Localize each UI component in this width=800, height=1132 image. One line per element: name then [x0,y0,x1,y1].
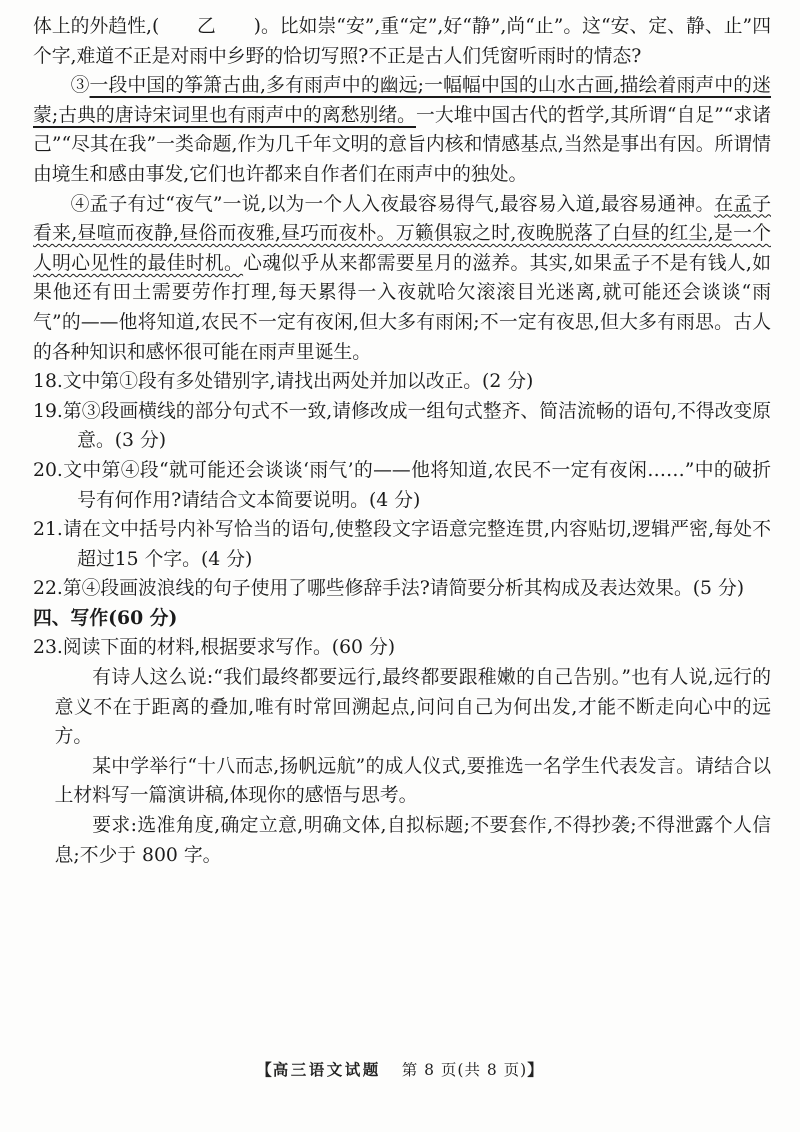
writing-material-quote: 有诗人这么说:“我们最终都要远行,最终都要跟稚嫩的自己告别。”也有人说,远行的意… [55,663,771,752]
question-23-number: 23. [33,637,63,658]
paragraph-3-marker: ③ [71,75,90,96]
page-footer: 【高三语文试题第 8 页(共 8 页)】 [0,1058,800,1080]
question-21-number: 21. [33,519,63,540]
question-19-number: 19. [33,401,63,422]
question-22-number: 22. [33,578,63,599]
question-23-stem: 阅读下面的材料,根据要求写作。(60 分) [63,637,395,658]
footer-close-bracket: 】 [527,1060,544,1079]
question-18: 18.文中第①段有多处错别字,请找出两处并加以改正。(2 分) [33,367,771,397]
writing-material-scenario: 某中学举行“十八而志,扬帆远航”的成人仪式,要推选一名学生代表发言。请结合以上材… [55,752,771,811]
question-19: 19.第③段画横线的部分句式不一致,请修改成一组句式整齐、简洁流畅的语句,不得改… [33,397,771,456]
writing-material-requirements: 要求:选准角度,确定立意,明确文体,自拟标题;不要套作,不得抄袭;不得泄露个人信… [55,811,771,870]
question-22-text: 第④段画波浪线的句子使用了哪些修辞手法?请简要分析其构成及表达效果。(5 分) [63,578,744,599]
paragraph-4-lead-text: 孟子有过“夜气”一说,以为一个人入夜最容易得气,最容易入道,最容易通神。 [90,194,715,215]
footer-page-number: 第 8 页(共 8 页) [402,1061,528,1079]
essay-continuation-text: 体上的外趋性,( 乙 )。比如崇“安”,重“定”,好“静”,尚“止”。这“安、定… [33,16,771,67]
footer-open-bracket: 【 [256,1060,273,1079]
exam-paper-page: 体上的外趋性,( 乙 )。比如崇“安”,重“定”,好“静”,尚“止”。这“安、定… [0,0,800,1132]
paragraph-4-marker: ④ [71,194,90,215]
essay-continuation-paragraph: 体上的外趋性,( 乙 )。比如崇“安”,重“定”,好“静”,尚“止”。这“安、定… [33,12,771,71]
question-21-text: 请在文中括号内补写恰当的语句,使整段文字语意完整连贯,内容贴切,逻辑严密,每处不… [63,519,771,570]
question-20-number: 20. [33,460,63,481]
section-4-writing-header: 四、写作(60 分) [33,604,771,634]
question-18-number: 18. [33,371,63,392]
footer-exam-title: 高三语文试题 [273,1060,381,1079]
essay-paragraph-3: ③一段中国的筝箫古曲,多有雨声中的幽远;一幅幅中国的山水古画,描绘着雨声中的迷蒙… [33,71,771,189]
essay-paragraph-4: ④孟子有过“夜气”一说,以为一个人入夜最容易得气,最容易入道,最容易通神。在孟子… [33,190,771,368]
question-20: 20.文中第④段“就可能还会谈谈‘雨气’的——他将知道,农民不一定有夜闲……”中… [33,456,771,515]
page-content: 体上的外趋性,( 乙 )。比如崇“安”,重“定”,好“静”,尚“止”。这“安、定… [33,12,771,870]
question-21: 21.请在文中括号内补写恰当的语句,使整段文字语意完整连贯,内容贴切,逻辑严密,… [33,515,771,574]
question-18-text: 文中第①段有多处错别字,请找出两处并加以改正。(2 分) [63,371,534,392]
question-22: 22.第④段画波浪线的句子使用了哪些修辞手法?请简要分析其构成及表达效果。(5 … [33,574,771,604]
question-20-text: 文中第④段“就可能还会谈谈‘雨气’的——他将知道,农民不一定有夜闲……”中的破折… [63,460,771,511]
question-23: 23.阅读下面的材料,根据要求写作。(60 分) [33,633,771,663]
question-19-text: 第③段画横线的部分句式不一致,请修改成一组句式整齐、简洁流畅的语句,不得改变原意… [63,401,771,452]
